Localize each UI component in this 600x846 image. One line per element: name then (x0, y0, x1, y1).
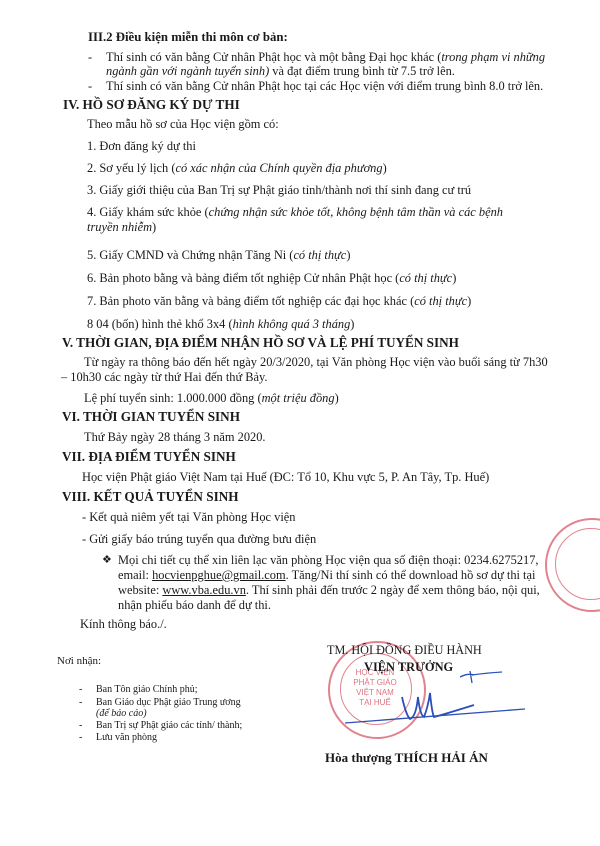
document-page: III.2 Điều kiện miễn thi môn cơ bản: - T… (0, 0, 600, 846)
doc-list-item-2: 2. Sơ yếu lý lịch (có xác nhận của Chính… (87, 161, 387, 176)
iii2-item-1-line1: Thí sinh có văn bằng Cử nhân Phật học và… (106, 50, 545, 65)
doc-list-item-8: 8 04 (bốn) hình thẻ khổ 3x4 (hình không … (87, 317, 354, 332)
item-italic: có thị thực (399, 271, 452, 285)
doc-list-item-6: 6. Bản photo bằng và bảng điểm tốt nghiệ… (87, 271, 456, 286)
iii2-item-1-italic-part2: ngành gần với ngành tuyển sinh) (106, 64, 269, 78)
item-close: ) (383, 161, 387, 175)
item-italic: có thị thực (414, 294, 467, 308)
doc-list-item-1: 1. Đơn đăng ký dự thi (87, 139, 196, 154)
bullet-dash: - (88, 79, 92, 94)
item-close: ) (346, 248, 350, 262)
section-v-line1: Từ ngày ra thông báo đến hết ngày 20/3/2… (84, 355, 548, 370)
iii2-item-2: Thí sinh có văn bằng Cử nhân Phật học tạ… (106, 79, 543, 94)
handwritten-signature-icon (340, 665, 540, 735)
website-label: website: (118, 583, 162, 597)
recipient-item-2-note: (để báo cáo) (96, 708, 147, 720)
iii2-item-1-text: Thí sinh có văn bằng Cử nhân Phật học và… (106, 50, 441, 64)
item-italic: có thị thực (293, 248, 346, 262)
contact-line-4: nhận phiếu báo danh để dự thi. (118, 598, 271, 613)
iii2-item-1-text-after: và đạt điểm trung bình từ 7.5 trở lên. (269, 64, 455, 78)
diamond-bullet-icon: ❖ (102, 553, 112, 568)
section-vii-heading: VII. ĐỊA ĐIỂM TUYỂN SINH (62, 449, 236, 465)
signature-on-behalf: TM. HỘI ĐỒNG ĐIỀU HÀNH (327, 643, 482, 658)
closing-text: Kính thông báo./. (80, 617, 167, 632)
item-close: ) (467, 294, 471, 308)
item-italic: hình không quá 3 tháng (233, 317, 351, 331)
website-link[interactable]: www.vba.edu.vn (162, 583, 246, 597)
bullet-dash: - (79, 732, 82, 744)
section-viii-heading: VIII. KẾT QUẢ TUYỂN SINH (62, 489, 239, 505)
iii2-item-1-italic-part1: trong phạm vi những (441, 50, 545, 64)
recipient-item-1: Ban Tôn giáo Chính phủ; (96, 684, 197, 696)
fee-close: ) (335, 391, 339, 405)
signatory-fullname: THÍCH HẢI ÁN (395, 750, 488, 765)
result-item-1: - Kết quả niêm yết tại Văn phòng Học việ… (82, 510, 295, 525)
item-text: 8 04 (bốn) hình thẻ khổ 3x4 ( (87, 317, 233, 331)
doc-list-item-4: 4. Giấy khám sức khỏe (chứng nhận sức kh… (87, 205, 527, 235)
item-close: ) (452, 271, 456, 285)
section-vi-heading: VI. THỜI GIAN TUYỂN SINH (62, 409, 240, 425)
section-v-heading: V. THỜI GIAN, ĐỊA ĐIỂM NHẬN HỒ SƠ VÀ LỆ … (62, 335, 459, 351)
item-text: 5. Giấy CMND và Chứng nhận Tăng Ni ( (87, 248, 293, 262)
email-label: email: (118, 568, 152, 582)
section-v-line2: – 10h30 các ngày từ thứ Hai đến thứ Bảy. (61, 370, 268, 385)
recipients-heading: Nơi nhận: (57, 655, 101, 667)
item-close: ) (152, 220, 156, 234)
item-text: 3. Giấy giới thiệu của Ban Trị sự Phật g… (87, 183, 471, 197)
section-iii2-heading: III.2 Điều kiện miễn thi môn cơ bản: (88, 30, 288, 45)
section-iv-heading: IV. HỒ SƠ ĐĂNG KÝ DỰ THI (63, 97, 240, 113)
item-close: ) (350, 317, 354, 331)
fee-text: Lệ phí tuyển sinh: 1.000.000 đồng ( (84, 391, 262, 405)
signatory-name: Hòa thượng THÍCH HẢI ÁN (325, 750, 488, 766)
doc-list-item-7: 7. Bản photo văn bằng và bảng điểm tốt n… (87, 294, 471, 309)
recipient-item-4: Lưu văn phòng (96, 732, 157, 744)
bullet-dash: - (79, 697, 82, 709)
fee-italic: một triệu đồng (262, 391, 335, 405)
result-item-2: - Gửi giấy báo trúng tuyển qua đường bưu… (82, 532, 316, 547)
doc-list-item-5: 5. Giấy CMND và Chứng nhận Tăng Ni (có t… (87, 248, 350, 263)
item-text: 4. Giấy khám sức khỏe ( (87, 205, 209, 219)
signatory-prefix: Hòa thượng (325, 750, 395, 765)
doc-list-item-3: 3. Giấy giới thiệu của Ban Trị sự Phật g… (87, 183, 471, 198)
iii2-item-1-line2: ngành gần với ngành tuyển sinh) và đạt đ… (106, 64, 455, 79)
contact-line-2: email: hocvienpghue@gmail.com. Tăng/Ni t… (118, 568, 535, 583)
contact-line-3: website: www.vba.edu.vn. Thí sinh phải đ… (118, 583, 540, 598)
email-link[interactable]: hocvienpghue@gmail.com (152, 568, 286, 582)
item-italic: có xác nhận của Chính quyền địa phương (175, 161, 382, 175)
exam-location: Học viện Phật giáo Việt Nam tại Huế (ĐC:… (82, 470, 489, 485)
recipient-item-3: Ban Trị sự Phật giáo các tỉnh/ thành; (96, 720, 242, 732)
item-text: 6. Bản photo bằng và bảng điểm tốt nghiệ… (87, 271, 399, 285)
admission-fee: Lệ phí tuyển sinh: 1.000.000 đồng (một t… (84, 391, 339, 406)
contact-line-1: Mọi chi tiết cụ thể xin liên lạc văn phò… (118, 553, 539, 568)
bullet-dash: - (88, 50, 92, 65)
bullet-dash: - (79, 684, 82, 696)
section-iv-intro: Theo mẫu hồ sơ của Học viện gồm có: (87, 117, 279, 132)
item-text: 2. Sơ yếu lý lịch ( (87, 161, 175, 175)
exam-date: Thứ Bảy ngày 28 tháng 3 năm 2020. (84, 430, 266, 445)
bullet-dash: - (79, 720, 82, 732)
contact-line-2-text: . Tăng/Ni thí sinh có thể download hồ sơ… (286, 568, 536, 582)
item-text: 7. Bản photo văn bằng và bảng điểm tốt n… (87, 294, 414, 308)
item-text: 1. Đơn đăng ký dự thi (87, 139, 196, 153)
contact-line-3-text: . Thí sinh phải đến trước 2 ngày để xem … (246, 583, 540, 597)
